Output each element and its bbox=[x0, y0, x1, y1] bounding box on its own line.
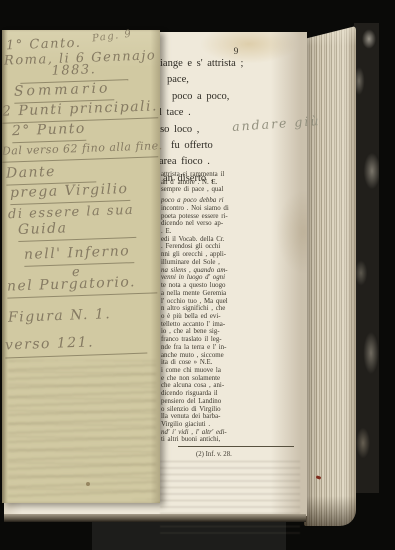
poem-line: poco a poco, bbox=[172, 89, 243, 105]
commentary-line: . Ferendosi gli occhi bbox=[161, 243, 301, 251]
commentary-line: poeta potesse essere ri- bbox=[161, 213, 301, 221]
poem-line: pace, bbox=[167, 72, 243, 88]
note-line: 2° Punto bbox=[12, 121, 87, 144]
commentary-line: l' occhio tuo , Ma quel bbox=[161, 298, 301, 306]
commentary-line: e che non solamente bbox=[161, 375, 301, 383]
commentary-line: Virgilio giaciuti . bbox=[161, 421, 301, 429]
commentary-line: an d' amore . N. E. bbox=[161, 179, 301, 187]
poem-text-block: iange e s' attrista ;pace,poco a poco,l … bbox=[154, 56, 243, 187]
note-line: nell' Inferno bbox=[24, 243, 135, 267]
poem-line: area fioco . bbox=[159, 154, 243, 170]
book-fore-edge-pages bbox=[304, 26, 356, 526]
poem-line: iange e s' attrista ; bbox=[160, 56, 243, 72]
commentary-line: nd' i' vidi , l' altr' edi- bbox=[161, 429, 301, 437]
commentary-line: a nella mente Geremia bbox=[161, 290, 301, 298]
commentary-line: che alcuna cosa , ani- bbox=[161, 382, 301, 390]
commentary-line: attrista ci rammenta il bbox=[161, 171, 301, 179]
footnote-rule bbox=[178, 446, 294, 447]
commentary-line: ita di cose » N.E. bbox=[161, 359, 301, 367]
commentary-line: io , che al bene sig- bbox=[161, 328, 301, 336]
commentary-line: o silenzio di Virgilio bbox=[161, 406, 301, 414]
commentary-line: dicendo nel verso ap- bbox=[161, 220, 301, 228]
commentary-line: na silens , quando am- bbox=[161, 267, 301, 275]
manuscript-note-sheet: 1° Canto. Pag. 9 Roma, li 6 Gennajo1883.… bbox=[2, 30, 160, 503]
note-page-ref: Pag. 9 bbox=[91, 29, 132, 45]
commentary-line: o è più bella ed evi- bbox=[161, 313, 301, 321]
poem-line: fu offerto bbox=[171, 138, 243, 154]
commentary-line: . E. bbox=[161, 228, 301, 236]
page-showthrough-texture bbox=[160, 456, 300, 538]
book-cover-marbled-edge bbox=[354, 23, 379, 493]
commentary-line: i come chi muove la bbox=[161, 367, 301, 375]
commentary-line: poco a poco debba ri bbox=[161, 197, 301, 205]
book-photo: 9 iange e s' attrista ;pace,poco a poco,… bbox=[0, 0, 395, 550]
commentary-line: nde fra la terra e l' in- bbox=[161, 344, 301, 352]
commentary-line: illuminare del Sole , bbox=[161, 259, 301, 267]
commentary-line: anche muto , siccome bbox=[161, 352, 301, 360]
commentary-line: telletto accanto l' ima- bbox=[161, 321, 301, 329]
commentary-line: pensiero del Landino bbox=[161, 398, 301, 406]
commentary-line: edi il Vocab. della Cr. bbox=[161, 236, 301, 244]
commentary-line: dicendo risguarda il bbox=[161, 390, 301, 398]
commentary-line: nni gli orecchi , appli- bbox=[161, 251, 301, 259]
commentary-line: incontro . Noi siamo di bbox=[161, 205, 301, 213]
poem-line: sso loco , bbox=[156, 122, 243, 138]
fore-edge-top-shadow bbox=[304, 26, 356, 39]
page-bottom-edge bbox=[4, 514, 306, 522]
note-line: Guida bbox=[18, 218, 137, 242]
note-line: nel Purgatorio. bbox=[7, 273, 158, 298]
commentary-line: te nota a questo luogo bbox=[161, 282, 301, 290]
commentary-line: ti altri buoni antichi, bbox=[161, 436, 301, 443]
sheet-showthrough-texture bbox=[8, 360, 156, 500]
fox-spot bbox=[86, 482, 90, 486]
commentary-line: sempre di pace , qual bbox=[161, 186, 301, 194]
note-line: verso 121. bbox=[5, 333, 148, 359]
commentary-line: n altro significhi , che bbox=[161, 305, 301, 313]
note-line: prega Virgilio bbox=[10, 181, 131, 205]
commentary-line: lla venuta dei barba- bbox=[161, 413, 301, 421]
commentary-text-block: attrista ci rammenta ilan d' amore . N. … bbox=[161, 171, 301, 443]
note-line: Figura N. 1. bbox=[8, 306, 112, 326]
commentary-line: franco traslato il leg- bbox=[161, 336, 301, 344]
commentary-line: venni in luogo d' ogni bbox=[161, 274, 301, 282]
